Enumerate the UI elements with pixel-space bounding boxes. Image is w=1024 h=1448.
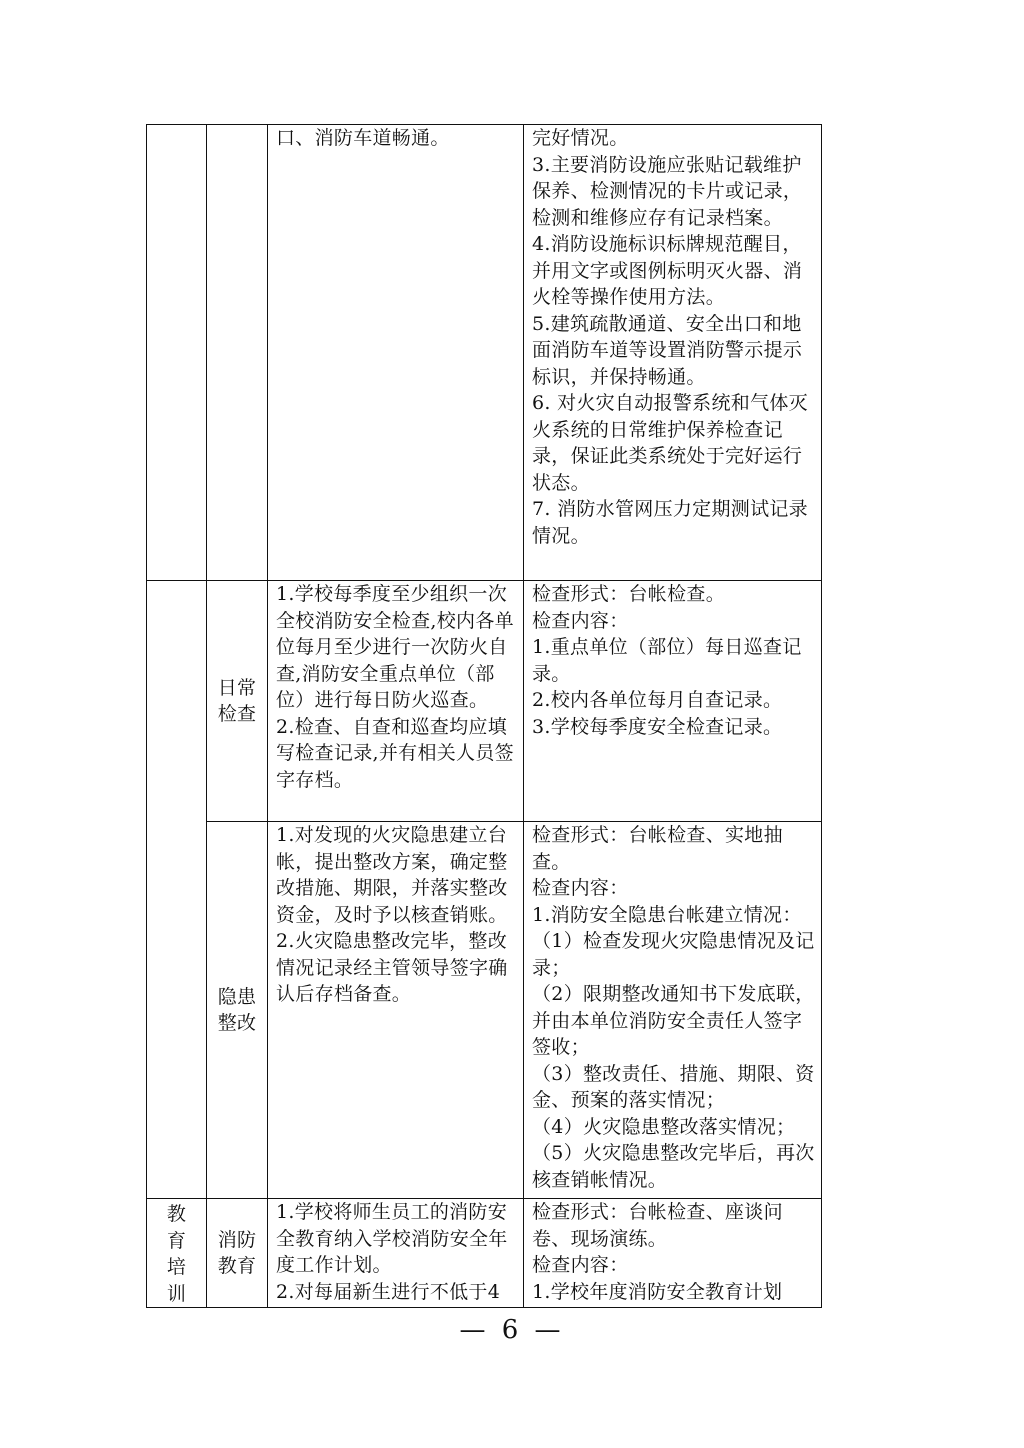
inspection-text: （5）火灾隐患整改完毕后，再次核查销帐情况。 <box>532 1140 815 1193</box>
category-cell <box>147 822 207 1199</box>
requirements-cell: 1.对发现的火灾隐患建立台帐，提出整改方案，确定整改措施、期限，并落实整改资金，… <box>268 822 524 1199</box>
inspection-text: 检查内容： <box>532 1252 815 1279</box>
inspection-text: 完好情况。 <box>532 125 815 152</box>
item-cell: 日常检查 <box>207 581 268 822</box>
inspection-text: 6. 对火灾自动报警系统和气体灭火系统的日常维护保养检查记录，保证此类系统处于完… <box>532 390 815 496</box>
requirement-text: 2.检查、自查和巡查均应填写检查记录,并有相关人员签字存档。 <box>276 714 517 794</box>
inspection-text: 1.学校年度消防安全教育计划 <box>532 1279 815 1306</box>
requirement-text: 1.学校将师生员工的消防安全教育纳入学校消防安全年度工作计划。 <box>276 1199 517 1279</box>
inspection-cell: 检查形式：台帐检查、实地抽查。 检查内容： 1.消防安全隐患台帐建立情况： （1… <box>524 822 822 1199</box>
inspection-cell: 检查形式：台帐检查、座谈问卷、现场演练。 检查内容： 1.学校年度消防安全教育计… <box>524 1199 822 1308</box>
inspection-text: （2）限期整改通知书下发底联，并由本单位消防安全责任人签字签收； <box>532 981 815 1061</box>
requirement-text: 1.学校每季度至少组织一次全校消防安全检查,校内各单位每月至少进行一次防火自查,… <box>276 581 517 714</box>
inspection-text: 检查形式：台帐检查、座谈问卷、现场演练。 <box>532 1199 815 1252</box>
inspection-text: 2.校内各单位每月自查记录。 <box>532 687 815 714</box>
inspection-text: 检查形式：台帐检查、实地抽查。 <box>532 822 815 875</box>
requirement-text: 2.火灾隐患整改完毕，整改情况记录经主管领导签字确认后存档备查。 <box>276 928 517 1008</box>
fire-safety-inspection-table: 口、消防车道畅通。 完好情况。 3.主要消防设施应张贴记载维护保养、检测情况的卡… <box>146 124 822 1308</box>
table-row: 日常检查 1.学校每季度至少组织一次全校消防安全检查,校内各单位每月至少进行一次… <box>147 581 822 822</box>
inspection-text: 1.重点单位（部位）每日巡查记录。 <box>532 634 815 687</box>
item-cell: 消防教育 <box>207 1199 268 1308</box>
table-row: 教育培训 消防教育 1.学校将师生员工的消防安全教育纳入学校消防安全年度工作计划… <box>147 1199 822 1308</box>
requirements-cell: 1.学校将师生员工的消防安全教育纳入学校消防安全年度工作计划。 2.对每届新生进… <box>268 1199 524 1308</box>
inspection-text: 3.主要消防设施应张贴记载维护保养、检测情况的卡片或记录，检测和维修应存有记录档… <box>532 152 815 232</box>
inspection-text: （4）火灾隐患整改落实情况； <box>532 1114 815 1141</box>
inspection-text: 1.消防安全隐患台帐建立情况： <box>532 902 815 929</box>
category-cell <box>147 125 207 581</box>
requirements-cell: 口、消防车道畅通。 <box>268 125 524 581</box>
document-page: 口、消防车道畅通。 完好情况。 3.主要消防设施应张贴记载维护保养、检测情况的卡… <box>0 0 1024 1448</box>
table-row: 隐患整改 1.对发现的火灾隐患建立台帐，提出整改方案，确定整改措施、期限，并落实… <box>147 822 822 1199</box>
inspection-cell: 检查形式：台帐检查。 检查内容： 1.重点单位（部位）每日巡查记录。 2.校内各… <box>524 581 822 822</box>
table-row: 口、消防车道畅通。 完好情况。 3.主要消防设施应张贴记载维护保养、检测情况的卡… <box>147 125 822 581</box>
inspection-text: 检查内容： <box>532 875 815 902</box>
item-cell: 隐患整改 <box>207 822 268 1199</box>
inspection-text: 检查内容： <box>532 608 815 635</box>
item-cell <box>207 125 268 581</box>
inspection-text: （3）整改责任、措施、期限、资金、预案的落实情况； <box>532 1061 815 1114</box>
requirement-text: 口、消防车道畅通。 <box>276 125 517 152</box>
category-cell <box>147 581 207 822</box>
inspection-text: （1）检查发现火灾隐患情况及记录； <box>532 928 815 981</box>
requirement-text: 2.对每届新生进行不低于4 <box>276 1279 517 1306</box>
requirements-cell: 1.学校每季度至少组织一次全校消防安全检查,校内各单位每月至少进行一次防火自查,… <box>268 581 524 822</box>
category-cell: 教育培训 <box>147 1199 207 1308</box>
category-label: 教育培训 <box>166 1201 188 1307</box>
inspection-text: 7. 消防水管网压力定期测试记录情况。 <box>532 496 815 549</box>
inspection-text: 3.学校每季度安全检查记录。 <box>532 714 815 741</box>
inspection-text: 5.建筑疏散通道、安全出口和地面消防车道等设置消防警示提示标识，并保持畅通。 <box>532 311 815 391</box>
page-number: — 6 — <box>0 1315 1024 1345</box>
inspection-text: 检查形式：台帐检查。 <box>532 581 815 608</box>
inspection-cell: 完好情况。 3.主要消防设施应张贴记载维护保养、检测情况的卡片或记录，检测和维修… <box>524 125 822 581</box>
requirement-text: 1.对发现的火灾隐患建立台帐，提出整改方案，确定整改措施、期限，并落实整改资金，… <box>276 822 517 928</box>
inspection-text: 4.消防设施标识标牌规范醒目，并用文字或图例标明灭火器、消火栓等操作使用方法。 <box>532 231 815 311</box>
